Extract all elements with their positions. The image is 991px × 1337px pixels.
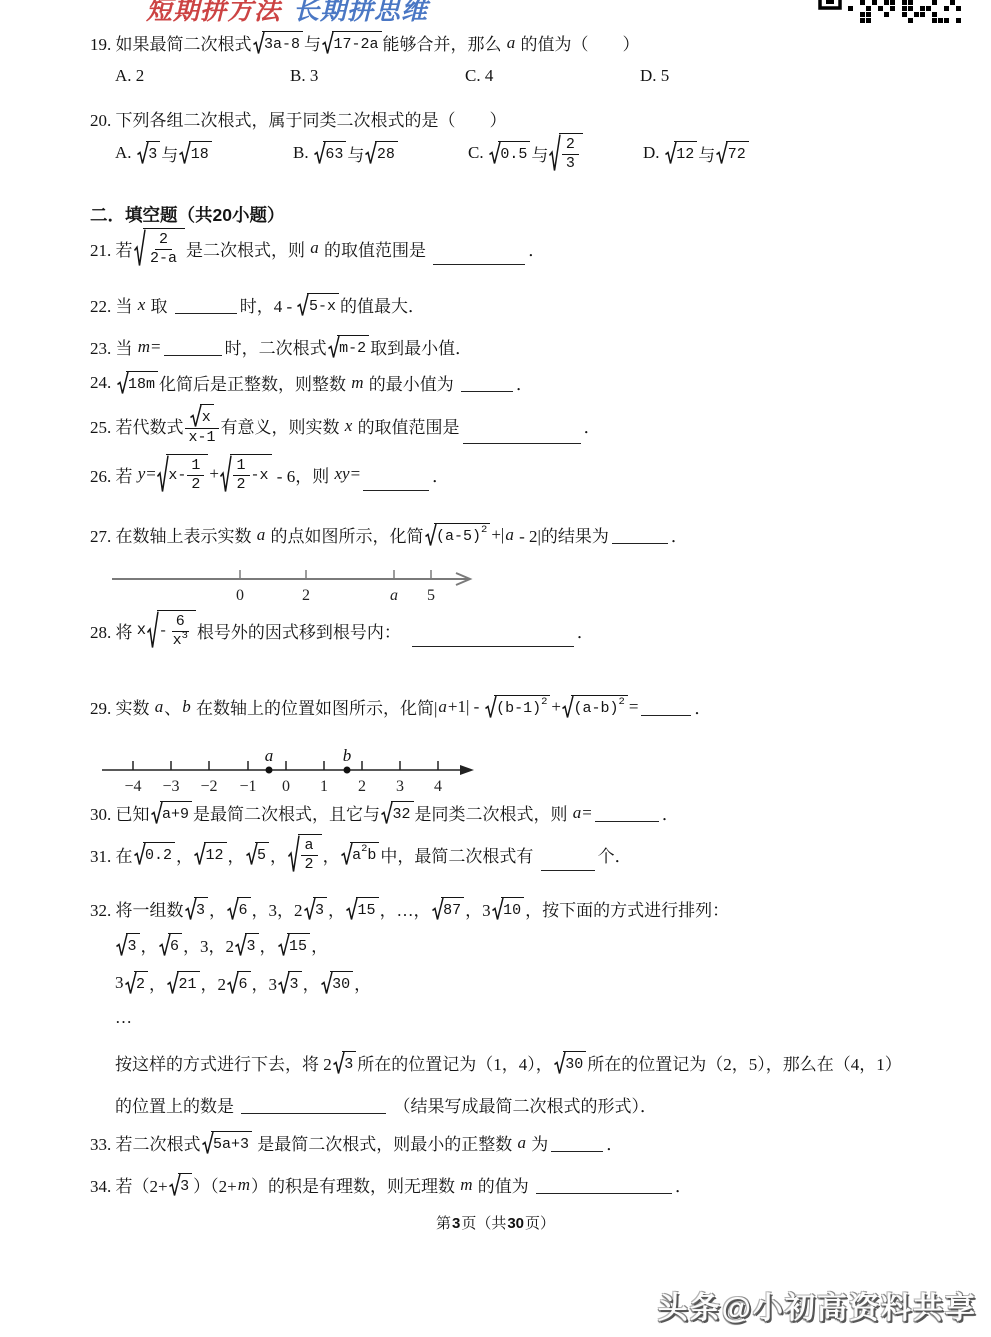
sqrt-radical: 3 [304,897,328,921]
radicand: a2 [298,834,322,874]
math-text: 5a+3 [213,1136,249,1153]
radicand: m-2 [337,335,369,359]
sqrt-radical: 3 [169,1173,193,1197]
blank-field [175,298,237,314]
numberline-figure: −4−3−2−101234ab [100,740,500,798]
math-text: 6 [239,902,248,919]
fraction-denominator: 2-a [146,250,181,268]
top-watermark-red-text: 短期拼方法 [146,0,281,25]
math-var: m [237,1175,251,1195]
fraction-numerator: a [301,837,318,856]
question-20: 20. 下列各组二次根式，属于同类二次根式的是（ ） [90,106,507,131]
radicand: (a-5)2 [434,523,490,547]
svg-text:0: 0 [236,587,244,604]
math-text: 取到最小值． [370,334,472,359]
math-text: 所在的位置记为（2，5），那么在（4，1） [587,1050,902,1075]
svg-text:−4: −4 [124,778,141,795]
radicand: 22-a [143,228,185,268]
math-text: （结果写成最简二次根式的形式）． [389,1092,657,1117]
option-cell: D. 5 [640,66,760,86]
radicand: 5 [255,842,269,866]
math-text: ， [270,842,287,867]
sqrt-radical: 18m [117,371,159,395]
radicand: 12 [204,842,227,866]
fraction-denominator: 2 [233,476,250,494]
fraction: 23 [562,136,579,173]
math-text: ， [354,970,371,995]
math-text: ，3 [465,896,491,921]
radicand: 2 [134,971,148,995]
fraction-numerator: 1 [187,457,204,476]
footer-text: 页（共 [461,1216,506,1232]
math-text: ， [209,896,226,921]
math-text: ， [323,842,340,867]
fraction-numerator: 2 [155,231,172,250]
math-text: 的值为 [474,1172,534,1197]
radicand: (a-b)2 [571,695,627,719]
math-text: 19. 如果最简二次根式 [90,30,252,55]
radicand: 3 [126,933,140,957]
math-text: 12 [676,146,694,163]
radicand: 23 [559,133,583,173]
math-text: 6 [176,613,185,631]
blank-field [433,249,525,265]
math-text: (a-b) [573,700,618,717]
math-text: 30 [565,1056,583,1073]
sqrt-radical: 3 [333,1051,357,1075]
blank-field [541,855,595,871]
math-text: 是最简二次根式，且它与 [193,800,380,825]
math-text: 与 [161,141,178,166]
sqrt-radical: 17-2a [322,31,382,55]
math-text: D. 5 [640,66,669,86]
sqrt-radical: 63 [314,141,347,165]
radicand: a2b [350,842,379,866]
math-text: ． [516,370,533,395]
math-text: 3 [315,902,324,919]
svg-text:4: 4 [434,778,442,795]
sqrt-radical: 15 [278,933,311,957]
math-text: a+9 [162,806,189,823]
math-text: 25. 若代数式 [90,413,184,438]
fraction: 12 [187,457,204,494]
math-text: 32 [393,806,411,823]
superscript: 3 [182,631,188,642]
math-text: ， [228,842,245,867]
radicand: 3 [146,141,160,165]
math-text: 17-2a [334,36,379,53]
math-text: ， [176,842,193,867]
sqrt-radical: a2b [341,842,380,866]
svg-text:−1: −1 [239,778,256,795]
math-text: 20. 下列各组二次根式，属于同类二次根式的是（ ） [90,106,507,131]
question-23: 23. 当 m=时，二次根式m-2取到最小值． [90,334,472,359]
sqrt-radical: 3 [235,933,259,957]
sqrt-radical: 3a-8 [253,31,304,55]
math-text: x [137,621,146,639]
math-text: 的最小值为 [365,370,459,395]
blank-field [595,806,659,822]
math-text: 2 [566,136,575,154]
math-text: 10 [503,902,521,919]
sqrt-radical: (a-b)2 [562,695,628,719]
bottom-watermark: 头条@小初高资料共享 [658,1283,977,1327]
math-text: A. [115,143,136,163]
option-cell: D. 12与72 [643,141,793,166]
math-text: ， [149,970,166,995]
math-text: 3 [196,902,205,919]
math-text: +| [491,525,504,545]
math-text: 3 [247,938,256,955]
math-text: 与 [347,141,364,166]
footer-total-pages: 30 [506,1215,525,1232]
math-text: 是二次根式，则 [186,236,309,261]
svg-text:3: 3 [396,778,404,795]
option-cell: C. 0.5与23 [468,133,643,173]
radicand: 5a+3 [211,1131,252,1155]
math-var: m [350,373,364,393]
math-text: ， [328,896,345,921]
math-text: ，按下面的方式进行排列： [525,896,729,921]
math-var: m [137,337,151,357]
math-text: 72 [728,146,746,163]
math-text: 3 [290,976,299,993]
radicand: 6 [237,897,251,921]
footer-text: 第 [436,1216,451,1232]
math-text: 的点如图所示，化简 [266,522,423,547]
radicand: 3 [178,1173,192,1197]
math-text: ）的积是有理数，则无理数 [251,1172,459,1197]
math-text: ，3 [252,970,278,995]
math-text: + [209,464,219,484]
math-text: B. [293,143,313,163]
math-text: 1 [237,457,246,475]
sqrt-radical: 12 [194,842,227,866]
sqrt-radical: 21 [167,971,200,995]
math-text: 18 [191,146,209,163]
radicand: a+9 [160,801,192,825]
math-text: ， [311,932,328,957]
fraction-numerator: 2 [562,136,579,155]
radicand: 3 [313,897,327,921]
math-text: 二．填空题（共20小题） [90,202,284,227]
top-watermark-blue-text: 长期拼思维 [293,0,428,25]
page-footer: 第3页（共30页） [0,1212,991,1233]
math-text: 15 [358,902,376,919]
math-var: x [137,295,147,315]
math-text: a [305,837,314,855]
fraction-denominator: x3 [169,632,192,650]
question-22: 22. 当 x 取 时，4 - 5-x的值最大． [90,292,425,317]
blank-field [363,475,429,491]
svg-text:0: 0 [282,778,290,795]
math-text: - 2|的结果为 [515,522,609,547]
math-text: 18m [128,376,155,393]
math-var: a [506,33,517,53]
array-row-ellipsis: … [115,1008,132,1028]
math-text: 0.5 [500,146,527,163]
math-text: = [582,803,592,823]
radicand: 18 [189,141,212,165]
math-text: … [115,1008,132,1028]
math-text: ， [303,970,320,995]
question-27: 27. 在数轴上表示实数 a 的点如图所示，化简(a-5)2+|a - 2|的结… [90,522,688,547]
math-text: 能够合并，那么 [383,30,506,55]
math-var: y [137,464,147,484]
numberline-figure: 02a5 [110,560,502,606]
math-text: 23. 当 [90,334,137,359]
math-text: ， [141,932,158,957]
math-text: 的取值范围是 [320,236,431,261]
options-19: A. 2B. 3C. 4D. 5 [115,66,760,86]
math-var: a [517,1133,528,1153]
radicand: 18m [126,371,158,395]
question-32-para-2: 的位置上的数是 （结果写成最简二次根式的形式）． [115,1092,657,1117]
math-text: 的值最大． [340,292,425,317]
math-text: 化简后是正整数，则整数 [159,370,350,395]
sqrt-radical: 3 [116,933,140,957]
question-28: 28. 将 x-6x3根号外的因式移到根号内：． [90,610,594,650]
qr-code-image [818,0,964,25]
fraction: 6x3 [169,613,192,650]
sqrt-radical: 10 [492,897,525,921]
math-text: 是同类二次根式，则 [415,800,572,825]
math-var: a [154,697,165,717]
math-text: 在数轴上的位置如图所示，化简| [192,694,438,719]
radicand: 12-x [230,454,272,494]
math-text: C. [468,143,488,163]
sqrt-radical: 32 [381,801,414,825]
radicand: 32 [391,801,414,825]
radicand: 30 [563,1051,586,1075]
math-text: 2 [136,976,145,993]
sqrt-radical: x [190,404,214,428]
math-text: 6 [239,976,248,993]
fraction-numerator: 1 [233,457,250,476]
sqrt-radical: 72 [716,141,749,165]
question-31: 31. 在0.2，12，5，a2，a2b中，最简二次根式有 个． [90,834,632,874]
qr-code [818,0,964,25]
question-33: 33. 若二次根式5a+3 是最简二次根式，则最小的正整数 a 为． [90,1130,623,1155]
radicand: 10 [501,897,524,921]
sqrt-radical: (a-5)2 [425,523,491,547]
option-cell: A. 2 [115,66,290,86]
sqrt-radical: 6 [227,897,251,921]
radicand: 72 [726,141,749,165]
math-text: 3 [344,1056,353,1073]
footer-page-number: 3 [451,1215,461,1232]
radicand: 3 [194,897,208,921]
math-text: ，…， [380,896,431,921]
fraction: a2 [301,837,318,874]
math-text: 33. 若二次根式 [90,1130,201,1155]
fraction: 12 [233,457,250,494]
question-19: 19. 如果最简二次根式3a-8与17-2a能够合并，那么 a 的值为（ ） [90,30,640,55]
sqrt-radical: a+9 [151,801,193,825]
math-var: a [572,803,583,823]
radicand: 63 [323,141,346,165]
radicand: 3a-8 [262,31,303,55]
math-text: +1| - [448,697,484,717]
math-text: (b-1) [496,700,541,717]
math-text: m-2 [339,340,366,357]
radicand: x-12 [166,454,208,494]
math-text: ． [606,1130,623,1155]
sqrt-radical: 87 [432,897,465,921]
blank-field [164,340,222,356]
math-text: 所在的位置记为（1，4）， [357,1050,553,1075]
radicand: 15 [287,933,310,957]
question-30: 30. 已知a+9是最简二次根式，且它与32是同类二次根式，则 a=． [90,800,679,825]
radicand: 21 [177,971,200,995]
math-text: 28 [377,146,395,163]
math-text: 3 [180,1178,189,1195]
question-34: 34. 若（2+3）（2+m）的积是有理数，则无理数 m 的值为 ． [90,1172,692,1197]
sqrt-radical: -6x3 [147,610,196,650]
option-cell: C. 4 [465,66,640,86]
sqrt-radical: 30 [554,1051,587,1075]
math-text: = [629,697,639,717]
math-text: A. 2 [115,66,144,86]
blank-field [241,1098,386,1114]
math-text: 的取值范围是 [353,413,459,438]
sqrt-radical: 3 [137,141,161,165]
math-text: - [159,623,168,640]
math-var: a [437,697,448,717]
math-text: ，3，2 [183,932,234,957]
svg-text:−2: −2 [200,778,217,795]
radicand: 28 [375,141,398,165]
superscript: 2 [619,697,625,708]
question-24: 24. 18m化简后是正整数，则整数 m 的最小值为 ． [90,370,533,395]
blank-field [612,528,668,544]
math-text: (a-5) [436,528,481,545]
math-text: ． [694,694,711,719]
math-var: xy [333,464,350,484]
radicand: -6x3 [157,610,196,650]
sqrt-radical: 0.5 [489,141,531,165]
blank-field [412,631,574,647]
fraction-denominator: 3 [562,155,579,173]
fraction-numerator: x [185,404,219,429]
math-text: C. 4 [465,66,493,86]
math-text: 87 [443,902,461,919]
sqrt-radical: 5 [246,842,270,866]
math-text: 与 [531,141,548,166]
sqrt-radical: 12-x [220,454,272,494]
math-var: a [309,238,320,258]
math-text: 12 [206,847,224,864]
math-text: 30 [332,976,350,993]
fraction: 22-a [146,231,181,268]
sqrt-radical: 2 [125,971,149,995]
math-text: ， [260,932,277,957]
math-text: 2 [305,856,314,874]
blank-field [463,428,581,444]
blank-field [641,700,691,716]
option-cell: A. 3与18 [115,141,293,166]
math-text: 5 [257,847,266,864]
svg-text:a: a [265,746,274,765]
math-text: = [351,464,361,484]
radicand: 0.5 [498,141,530,165]
question-26: 26. 若 y=x-12+12-x - 6，则 xy=． [90,454,449,494]
math-text: 有意义，则实数 [221,413,344,438]
svg-text:5: 5 [427,587,435,604]
sqrt-radical: 6 [227,971,251,995]
sqrt-radical: 15 [346,897,379,921]
svg-text:b: b [343,746,352,765]
math-text: 3 [128,938,137,955]
section-title: 二．填空题（共20小题） [90,202,284,227]
svg-text:a: a [390,587,398,604]
math-text: 3 [148,146,157,163]
math-text: = [146,464,156,484]
sqrt-radical: 5a+3 [202,1131,253,1155]
math-text: b [367,847,376,864]
options-20: A. 3与18B. 63与28C. 0.5与23D. 12与72 [115,133,793,173]
math-text: 2 [159,231,168,249]
math-text: = [151,337,161,357]
sqrt-radical: 28 [365,141,398,165]
array-row-2: 32，21，26，33，30， [115,970,371,995]
radicand: 3 [342,1051,356,1075]
math-text: 的值为（ ） [516,30,639,55]
sqrt-radical: 0.2 [134,842,176,866]
sqrt-radical: 5-x [297,293,339,317]
math-var: m [459,1175,473,1195]
sqrt-radical: 18 [179,141,212,165]
option-cell: B. 63与28 [293,141,468,166]
math-text: D. [643,143,664,163]
math-text: 3 [566,155,575,173]
footer-text: 页） [525,1216,555,1232]
radicand: 30 [330,971,353,995]
sqrt-radical: 6 [159,933,183,957]
sqrt-radical: m-2 [328,335,370,359]
math-text: 中，最简二次根式有 [380,842,537,867]
math-text: ． [577,618,594,643]
question-32: 32. 将一组数3，6，3，23，15，…，87，310，按下面的方式进行排列： [90,896,729,921]
sqrt-radical: 30 [321,971,354,995]
math-text: 21. 若 [90,236,133,261]
sqrt-radical: (b-1)2 [485,695,551,719]
math-text: 32. 将一组数 [90,896,184,921]
fraction-denominator: 2 [301,856,318,874]
math-text: 22. 当 [90,292,137,317]
math-text: ． [432,462,449,487]
math-text: 24. [90,373,116,393]
fraction: xx-1 [185,404,220,447]
math-text: 30. 已知 [90,800,150,825]
math-text: x- [168,467,186,484]
svg-text:2: 2 [358,778,366,795]
math-text: 6 [170,938,179,955]
math-text: 3a-8 [264,36,300,53]
radicand: 15 [356,897,379,921]
math-text: 5-x [309,298,336,315]
math-text: ． [528,236,545,261]
math-text: ，2 [201,970,227,995]
sqrt-radical: 3 [185,897,209,921]
math-var: b [181,697,192,717]
radicand: 3 [288,971,302,995]
math-text: 、 [164,694,181,719]
svg-text:1: 1 [320,778,328,795]
sqrt-radical: a2 [288,834,322,874]
sqrt-radical: 22-a [134,228,186,268]
math-text: 2 [191,476,200,494]
